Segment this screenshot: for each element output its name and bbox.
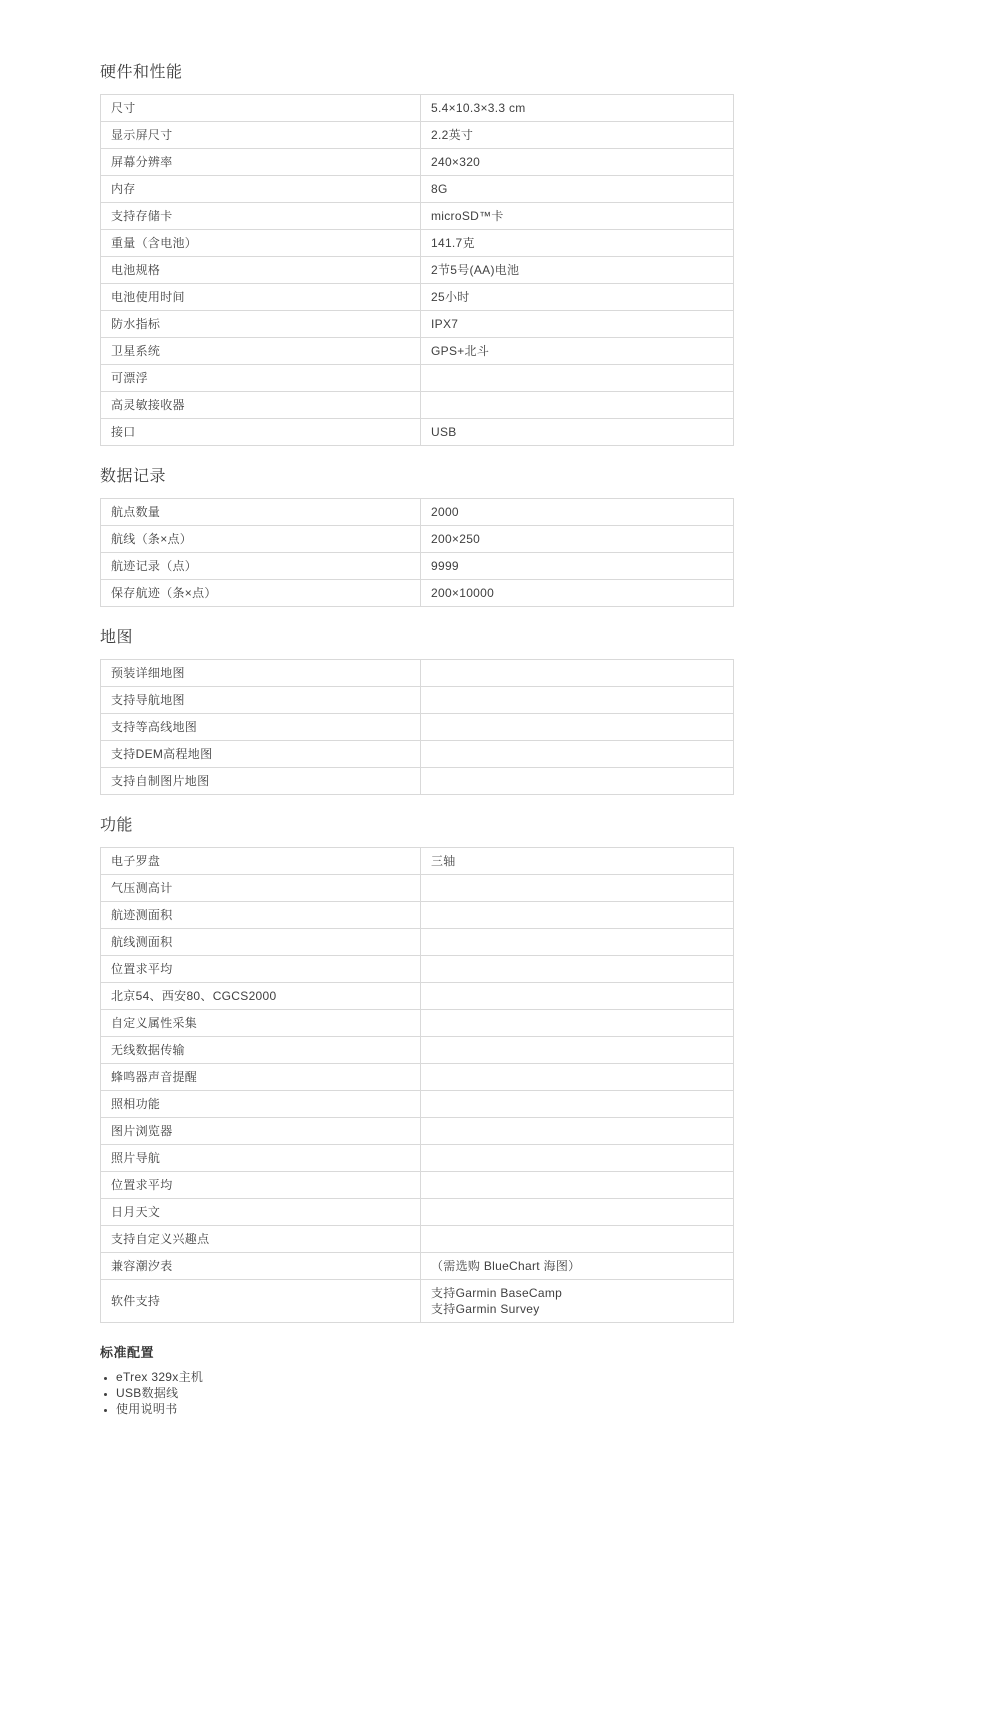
spec-label-cell: 保存航迹（条×点） (101, 580, 421, 607)
spec-label-cell: 电子罗盘 (101, 848, 421, 875)
spec-row: 预装详细地图 (101, 660, 734, 687)
spec-row: 卫星系统GPS+北斗 (101, 338, 734, 365)
spec-row: 显示屏尺寸2.2英寸 (101, 122, 734, 149)
spec-value-cell (421, 1118, 734, 1145)
spec-row: 航线测面积 (101, 929, 734, 956)
spec-label-cell: 高灵敏接收器 (101, 392, 421, 419)
spec-row: 自定义属性采集 (101, 1010, 734, 1037)
spec-value-cell (421, 768, 734, 795)
spec-row: 图片浏览器 (101, 1118, 734, 1145)
spec-row: 日月天文 (101, 1199, 734, 1226)
spec-row: 位置求平均 (101, 1172, 734, 1199)
spec-value-cell (421, 1064, 734, 1091)
spec-row: 高灵敏接收器 (101, 392, 734, 419)
spec-table-features: 电子罗盘三轴气压测高计航迹测面积航线测面积位置求平均北京54、西安80、CGCS… (100, 847, 734, 1323)
spec-label-cell: 航点数量 (101, 499, 421, 526)
spec-value-cell: 8G (421, 176, 734, 203)
spec-label-cell: 电池使用时间 (101, 284, 421, 311)
package-item: USB数据线 (116, 1385, 734, 1401)
section-standard-package: 标准配置eTrex 329x主机USB数据线使用说明书 (100, 1345, 734, 1417)
spec-label-cell: 内存 (101, 176, 421, 203)
spec-row: 尺寸5.4×10.3×3.3 cm (101, 95, 734, 122)
spec-row: 位置求平均 (101, 956, 734, 983)
spec-row: 重量（含电池）141.7克 (101, 230, 734, 257)
spec-row: 防水指标IPX7 (101, 311, 734, 338)
spec-label-cell: 防水指标 (101, 311, 421, 338)
section-features: 功能电子罗盘三轴气压测高计航迹测面积航线测面积位置求平均北京54、西安80、CG… (100, 817, 734, 1323)
spec-value-cell (421, 392, 734, 419)
spec-row: 照相功能 (101, 1091, 734, 1118)
spec-label-cell: 卫星系统 (101, 338, 421, 365)
spec-row: 航迹记录（点）9999 (101, 553, 734, 580)
spec-value-cell: 141.7克 (421, 230, 734, 257)
section-title-maps: 地图 (100, 629, 734, 647)
spec-row: 支持DEM高程地图 (101, 741, 734, 768)
spec-value-cell (421, 983, 734, 1010)
spec-label-cell: 重量（含电池） (101, 230, 421, 257)
spec-row: 蜂鸣器声音提醒 (101, 1064, 734, 1091)
spec-value-cell (421, 714, 734, 741)
section-hardware-performance: 硬件和性能尺寸5.4×10.3×3.3 cm显示屏尺寸2.2英寸屏幕分辨率240… (100, 64, 734, 446)
spec-row: 支持自制图片地图 (101, 768, 734, 795)
spec-value-cell (421, 929, 734, 956)
spec-label-cell: 航线（条×点） (101, 526, 421, 553)
spec-value-cell (421, 875, 734, 902)
spec-label-cell: 支持存储卡 (101, 203, 421, 230)
spec-value-cell: USB (421, 419, 734, 446)
section-maps: 地图预装详细地图支持导航地图支持等高线地图支持DEM高程地图支持自制图片地图 (100, 629, 734, 795)
package-item: eTrex 329x主机 (116, 1369, 734, 1385)
spec-row: 航迹测面积 (101, 902, 734, 929)
spec-value-cell: 9999 (421, 553, 734, 580)
spec-value-cell: （需选购 BlueChart 海图） (421, 1253, 734, 1280)
spec-value-cell (421, 687, 734, 714)
section-title-standard-package: 标准配置 (100, 1345, 734, 1360)
spec-label-cell: 航线测面积 (101, 929, 421, 956)
spec-label-cell: 支持自制图片地图 (101, 768, 421, 795)
spec-value-cell (421, 741, 734, 768)
spec-value-cell (421, 902, 734, 929)
spec-row: 支持等高线地图 (101, 714, 734, 741)
section-title-data-recording: 数据记录 (100, 468, 734, 486)
spec-label-cell: 显示屏尺寸 (101, 122, 421, 149)
spec-label-cell: 兼容潮汐表 (101, 1253, 421, 1280)
spec-label-cell: 尺寸 (101, 95, 421, 122)
spec-value-cell (421, 1199, 734, 1226)
spec-label-cell: 航迹记录（点） (101, 553, 421, 580)
spec-label-cell: 位置求平均 (101, 956, 421, 983)
spec-label-cell: 图片浏览器 (101, 1118, 421, 1145)
spec-row: 接口USB (101, 419, 734, 446)
spec-table-hardware-performance: 尺寸5.4×10.3×3.3 cm显示屏尺寸2.2英寸屏幕分辨率240×320内… (100, 94, 734, 446)
spec-label-cell: 无线数据传输 (101, 1037, 421, 1064)
spec-table-maps: 预装详细地图支持导航地图支持等高线地图支持DEM高程地图支持自制图片地图 (100, 659, 734, 795)
spec-value-cell: microSD™卡 (421, 203, 734, 230)
spec-row: 软件支持支持Garmin BaseCamp 支持Garmin Survey (101, 1280, 734, 1323)
spec-value-cell (421, 1010, 734, 1037)
spec-row: 支持自定义兴趣点 (101, 1226, 734, 1253)
spec-row: 可漂浮 (101, 365, 734, 392)
spec-row: 兼容潮汐表（需选购 BlueChart 海图） (101, 1253, 734, 1280)
spec-label-cell: 电池规格 (101, 257, 421, 284)
section-title-hardware-performance: 硬件和性能 (100, 64, 734, 82)
spec-row: 气压测高计 (101, 875, 734, 902)
spec-label-cell: 自定义属性采集 (101, 1010, 421, 1037)
spec-row: 电池规格2节5号(AA)电池 (101, 257, 734, 284)
spec-row: 电池使用时间25小时 (101, 284, 734, 311)
spec-row: 内存8G (101, 176, 734, 203)
spec-value-cell (421, 1226, 734, 1253)
spec-label-cell: 预装详细地图 (101, 660, 421, 687)
spec-row: 保存航迹（条×点）200×10000 (101, 580, 734, 607)
spec-label-cell: 照相功能 (101, 1091, 421, 1118)
spec-value-cell (421, 1172, 734, 1199)
spec-label-cell: 位置求平均 (101, 1172, 421, 1199)
spec-label-cell: 支持导航地图 (101, 687, 421, 714)
spec-value-cell: 200×10000 (421, 580, 734, 607)
spec-label-cell: 接口 (101, 419, 421, 446)
spec-label-cell: 航迹测面积 (101, 902, 421, 929)
spec-row: 支持存储卡microSD™卡 (101, 203, 734, 230)
spec-label-cell: 支持自定义兴趣点 (101, 1226, 421, 1253)
spec-label-cell: 屏幕分辨率 (101, 149, 421, 176)
spec-label-cell: 软件支持 (101, 1280, 421, 1323)
spec-row: 电子罗盘三轴 (101, 848, 734, 875)
spec-value-cell: 200×250 (421, 526, 734, 553)
spec-label-cell: 日月天文 (101, 1199, 421, 1226)
package-item: 使用说明书 (116, 1401, 734, 1417)
spec-label-cell: 蜂鸣器声音提醒 (101, 1064, 421, 1091)
spec-row: 屏幕分辨率240×320 (101, 149, 734, 176)
spec-value-cell: IPX7 (421, 311, 734, 338)
spec-value-cell: 2.2英寸 (421, 122, 734, 149)
spec-row: 支持导航地图 (101, 687, 734, 714)
spec-value-cell (421, 1145, 734, 1172)
spec-value-cell (421, 1091, 734, 1118)
package-list: eTrex 329x主机USB数据线使用说明书 (100, 1369, 734, 1417)
spec-value-cell: 2节5号(AA)电池 (421, 257, 734, 284)
spec-label-cell: 支持DEM高程地图 (101, 741, 421, 768)
spec-value-cell (421, 1037, 734, 1064)
spec-value-cell (421, 660, 734, 687)
spec-table-data-recording: 航点数量2000航线（条×点）200×250航迹记录（点）9999保存航迹（条×… (100, 498, 734, 607)
spec-row: 照片导航 (101, 1145, 734, 1172)
spec-value-cell: 240×320 (421, 149, 734, 176)
spec-value-cell: 5.4×10.3×3.3 cm (421, 95, 734, 122)
spec-row: 航点数量2000 (101, 499, 734, 526)
spec-label-cell: 气压测高计 (101, 875, 421, 902)
spec-row: 航线（条×点）200×250 (101, 526, 734, 553)
spec-value-cell (421, 956, 734, 983)
spec-value-cell: 2000 (421, 499, 734, 526)
spec-row: 无线数据传输 (101, 1037, 734, 1064)
spec-row: 北京54、西安80、CGCS2000 (101, 983, 734, 1010)
spec-value-cell: 25小时 (421, 284, 734, 311)
spec-page-content: 硬件和性能尺寸5.4×10.3×3.3 cm显示屏尺寸2.2英寸屏幕分辨率240… (0, 0, 734, 1417)
spec-value-cell: GPS+北斗 (421, 338, 734, 365)
spec-label-cell: 支持等高线地图 (101, 714, 421, 741)
section-data-recording: 数据记录航点数量2000航线（条×点）200×250航迹记录（点）9999保存航… (100, 468, 734, 607)
spec-label-cell: 照片导航 (101, 1145, 421, 1172)
spec-value-cell: 支持Garmin BaseCamp 支持Garmin Survey (421, 1280, 734, 1323)
spec-label-cell: 北京54、西安80、CGCS2000 (101, 983, 421, 1010)
spec-value-cell (421, 365, 734, 392)
spec-value-cell: 三轴 (421, 848, 734, 875)
section-title-features: 功能 (100, 817, 734, 835)
spec-label-cell: 可漂浮 (101, 365, 421, 392)
